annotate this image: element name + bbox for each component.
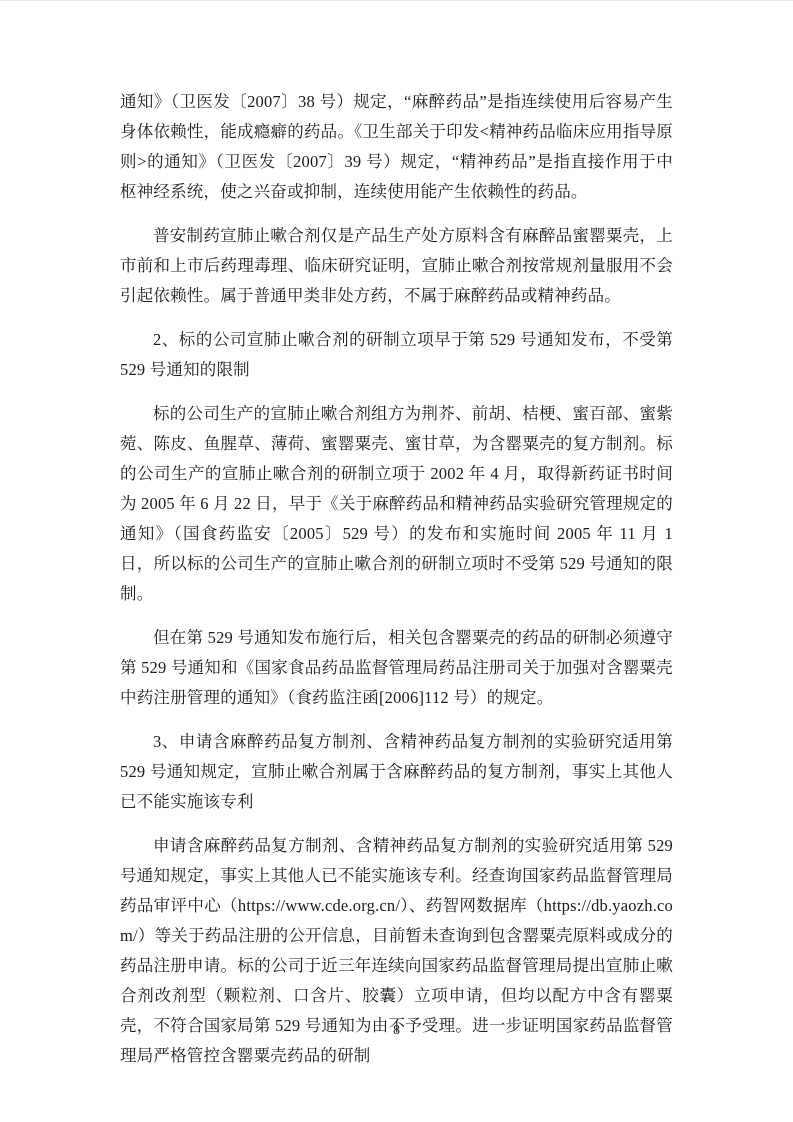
section-heading-3: 3、申请含麻醉药品复方制剂、含精神药品复方制剂的实验研究适用第 529 号通知规…	[120, 727, 673, 817]
page-number: 8	[0, 1023, 793, 1039]
section-heading-2: 2、标的公司宣肺止嗽合剂的研制立项早于第 529 号通知发布，不受第 529 号…	[120, 325, 673, 385]
paragraph-body: 普安制药宣肺止嗽合剂仅是产品生产处方原料含有麻醉品蜜罂粟壳，上市前和上市后药理毒…	[120, 221, 673, 311]
document-page: 通知》（卫医发〔2007〕38 号）规定，“麻醉药品”是指连续使用后容易产生身体…	[0, 0, 793, 1122]
paragraph-continuation: 通知》（卫医发〔2007〕38 号）规定，“麻醉药品”是指连续使用后容易产生身体…	[120, 87, 673, 207]
paragraph-body: 标的公司生产的宣肺止嗽合剂组方为荆芥、前胡、桔梗、蜜百部、蜜紫菀、陈皮、鱼腥草、…	[120, 399, 673, 609]
paragraph-body: 但在第 529 号通知发布施行后，相关包含罂粟壳的药品的研制必须遵守第 529 …	[120, 623, 673, 713]
document-body: 通知》（卫医发〔2007〕38 号）规定，“麻醉药品”是指连续使用后容易产生身体…	[120, 87, 673, 1085]
